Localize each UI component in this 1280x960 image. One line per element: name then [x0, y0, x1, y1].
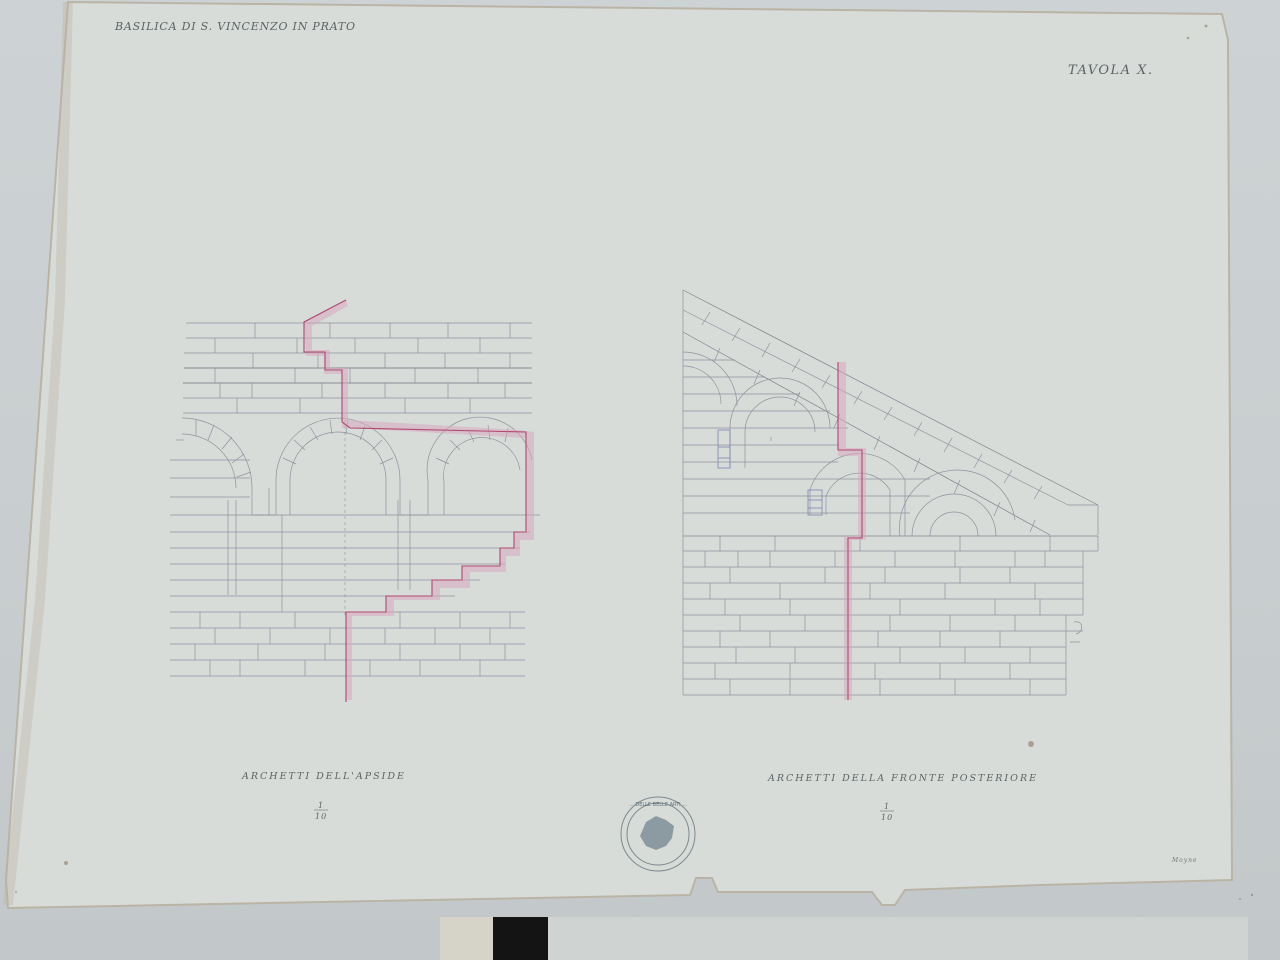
- caption-left: ARCHETTI DELL'APSIDE: [241, 771, 406, 782]
- plate-number: TAVOLA X.: [1068, 63, 1154, 78]
- svg-text:1: 1: [318, 801, 324, 810]
- svg-text:10: 10: [881, 813, 893, 822]
- signature: Moyne: [1171, 857, 1198, 864]
- drawing-sheet: BASILICA DI S. VINCENZO IN PRATO TAVOLA …: [0, 0, 1280, 960]
- stamp-text: ... DELLE BELLE ARTI ...: [629, 802, 687, 808]
- svg-text:1: 1: [884, 802, 890, 811]
- paper: [6, 2, 1232, 908]
- svg-text:10: 10: [315, 812, 327, 821]
- plate-title: BASILICA DI S. VINCENZO IN PRATO: [114, 20, 356, 33]
- caption-right: ARCHETTI DELLA FRONTE POSTERIORE: [767, 773, 1038, 784]
